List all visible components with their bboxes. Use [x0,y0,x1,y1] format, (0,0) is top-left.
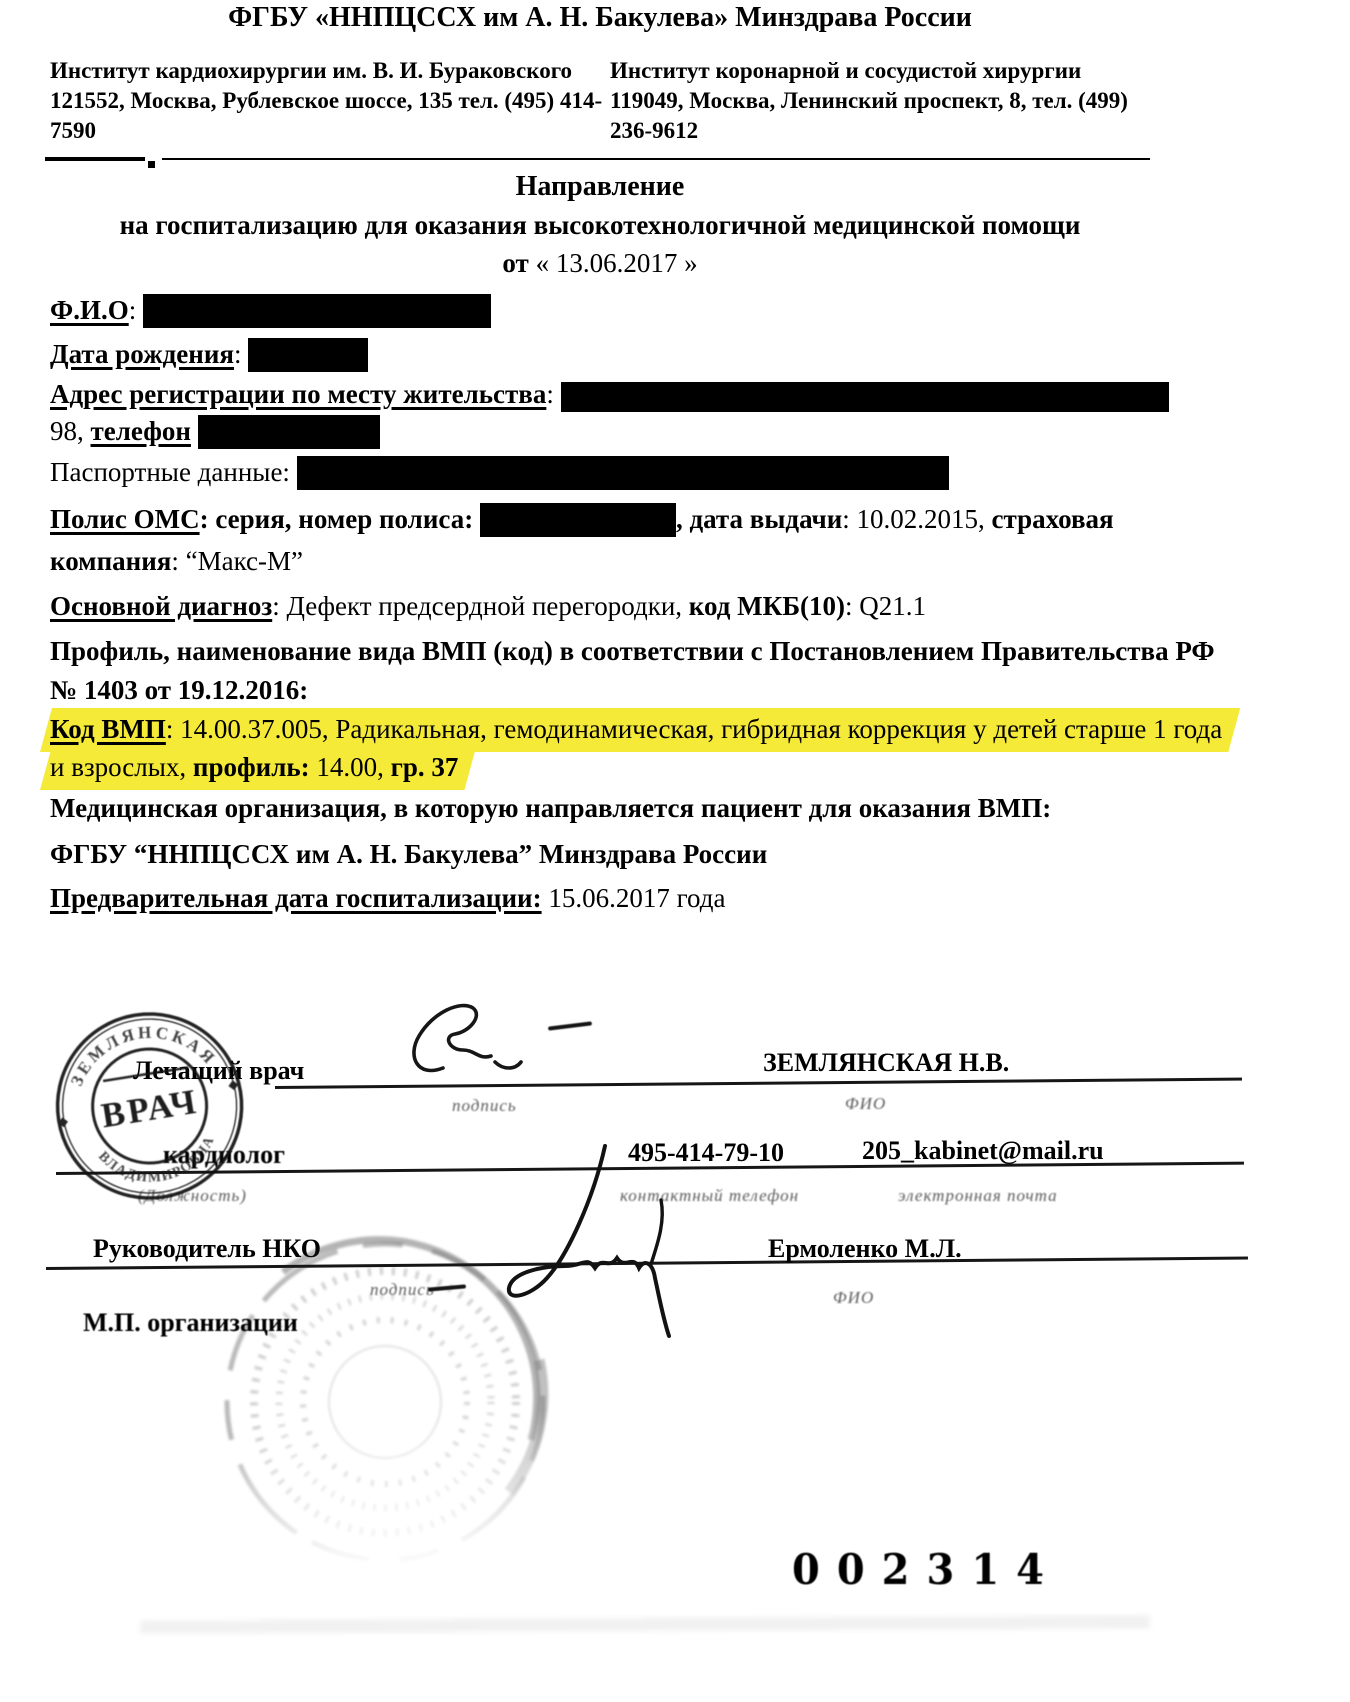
fio-redaction-bar [143,294,491,328]
phone-redaction-bar [198,415,380,449]
signature-dash [548,1021,592,1030]
address-label: Адрес регистрации по месту жительства [50,379,546,409]
stamp-diamond-icon: ◆ [57,1113,69,1129]
vmp-text2-pre: и взрослых, [50,752,193,782]
address-prefix: 98, [50,416,91,446]
rule-line [162,158,1150,160]
field-fio: Ф.И.О: [50,290,1150,330]
head-signature-flick [651,1200,662,1264]
phone-label: телефон [91,416,191,446]
polis-redaction-bar [480,503,676,537]
institute-left: Институт кардиохирургии им. В. И. Бурако… [50,56,610,146]
stamp-arc-top-text: ЗЕМЛЯНСКАЯ [60,1012,222,1092]
vmp-highlight-line1: Код ВМП: 14.00.37.005, Радикальная, гемо… [40,708,1240,752]
field-diagnosis: Основной диагноз: Дефект предсердной пер… [50,586,1150,626]
org-stamp-text-ring1 [254,1271,516,1533]
org-stamp-text-ring3 [303,1320,467,1484]
doctor-signature [395,998,545,1082]
organization-stamp-svg [213,1230,558,1575]
document-content: ФГБУ «ННПЦССХ им А. Н. Бакулева» Минздра… [50,0,1150,918]
prelim-label: Предварительная дата госпитализации: [50,883,542,913]
profile-heading-line2: № 1403 от 19.12.2016: [50,675,308,705]
fio-caption-2: ФИО [833,1288,874,1308]
dob-redaction-bar [248,338,368,372]
signature-area: Лечащий врач подпись ЗЕМЛЯНСКАЯ Н.В. ФИО… [0,990,1350,1702]
mkb-value: : Q21.1 [845,591,926,621]
issue-label: , дата выдачи [676,504,842,534]
vmp-profile-label: профиль: [193,752,310,782]
rule-dot [148,161,155,168]
profile-heading-line1: Профиль, наименование вида ВМП (код) в с… [50,636,1215,666]
diagnosis-value: : Дефект предсердной перегородки, [272,591,689,621]
horizontal-rule [50,156,1150,168]
org-stamp-text-ring2 [279,1296,491,1508]
issue-value: : 10.02.2015, [842,504,991,534]
document-page: ФГБУ «ННПЦССХ им А. Н. Бакулева» Минздра… [0,0,1350,1702]
med-org-value: ФГБУ “ННПЦССХ им А. Н. Бакулева” Минздра… [50,834,1150,874]
institute-right-name: Институт коронарной и сосудистой хирурги… [610,56,1150,86]
stamp-chord-line [103,1068,188,1081]
vmp-highlight-line2: и взрослых, профиль: 14.00, гр. 37 [40,746,476,790]
institutes-row: Институт кардиохирургии им. В. И. Бурако… [50,56,1150,146]
diagnosis-label: Основной диагноз [50,591,272,621]
field-dob: Дата рождения: [50,334,1150,374]
field-address: Адрес регистрации по месту жительства: 9… [50,376,1150,450]
doc-date-from: от [502,248,528,278]
dob-colon: : [234,339,248,369]
fio-caption-1: ФИО [845,1094,886,1114]
rule-segment [45,157,145,161]
org-title: ФГБУ «ННПЦССХ им А. Н. Бакулева» Минздра… [50,0,1150,36]
profile-heading: Профиль, наименование вида ВМП (код) в с… [50,632,1150,710]
passport-label: Паспортные данные: [50,457,290,487]
field-prelim-date: Предварительная дата госпитализации: 15.… [50,878,1150,918]
institute-right-address: 119049, Москва, Ленинский проспект, 8, т… [610,86,1150,146]
address-colon: : [546,379,560,409]
insurer-word2: компания [50,546,171,576]
polis-serial-label: : серия, номер полиса: [200,504,480,534]
vmp-profile-value: 14.00, [310,752,391,782]
email-value: 205_kabinet@mail.ru [862,1136,1104,1166]
institute-left-address: 121552, Москва, Рублевское шоссе, 135 те… [50,86,610,146]
passport-redaction-bar [297,456,949,490]
doctor-fio-value: ЗЕМЛЯНСКАЯ Н.В. [763,1048,1009,1078]
prelim-value: 15.06.2017 года [542,883,726,913]
address-redaction-bar [561,382,1169,412]
doctor-stamp-svg: ЗЕМЛЯНСКАЯ ВЛАДИМИРОВНА ◆ ◆ ВРАЧ [37,994,261,1218]
doc-title-line1: Направление [50,168,1150,206]
head-fio-value: Ермоленко М.Л. [768,1234,962,1264]
field-vmp: Код ВМП: 14.00.37.005, Радикальная, гемо… [50,710,1150,786]
fio-colon: : [129,295,143,325]
fio-label: Ф.И.О [50,295,129,325]
org-stamp-inner-ring [329,1346,441,1458]
stamp-center-text: ВРАЧ [99,1082,202,1136]
insurer-word1: страховая [992,504,1114,534]
serial-number: 002314 [792,1545,1061,1595]
stamp-diamond-icon: ◆ [227,1076,239,1092]
field-polis: Полис ОМС: серия, номер полиса: , дата в… [50,498,1150,582]
mkb-label: код МКБ(10) [689,591,845,621]
email-caption: электронная почта [898,1186,1058,1206]
institute-right: Институт коронарной и сосудистой хирурги… [610,56,1150,146]
insurer-value: : “Макс-М” [171,546,303,576]
vmp-gr: гр. 37 [391,752,459,782]
sign-caption-1: подпись [452,1096,517,1116]
scan-smudge [140,1615,1150,1633]
med-org-heading: Медицинская организация, в которую напра… [50,788,1150,828]
doc-title-line2: на госпитализацию для оказания высокотех… [50,206,1150,244]
institute-left-name: Институт кардиохирургии им. В. И. Бурако… [50,56,610,86]
doctor-signature-stroke [414,1006,521,1071]
doctor-stamp: ЗЕМЛЯНСКАЯ ВЛАДИМИРОВНА ◆ ◆ ВРАЧ [37,994,262,1223]
polis-label: Полис ОМС [50,504,200,534]
doc-date-value: « 13.06.2017 » [529,248,698,278]
dob-label: Дата рождения [50,339,234,369]
vmp-text1: : 14.00.37.005, Радикальная, гемодинамич… [166,714,1222,744]
organization-stamp [213,1230,558,1580]
field-passport: Паспортные данные: [50,452,1150,492]
vmp-label: Код ВМП [50,714,166,744]
doc-date-line: от « 13.06.2017 » [50,244,1150,282]
